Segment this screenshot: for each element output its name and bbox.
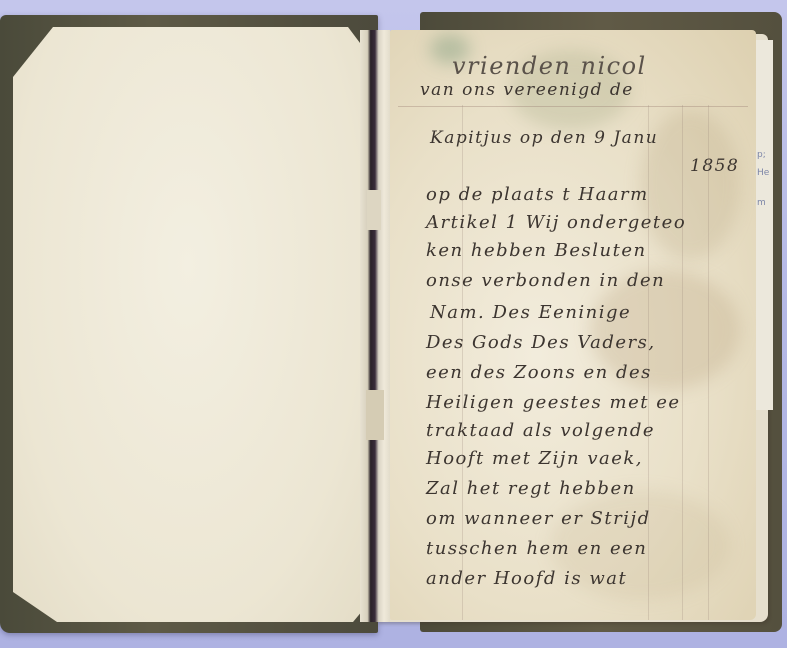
edge-text-fragment: He [757, 168, 769, 178]
left-page-blank [13, 27, 363, 622]
handwritten-line: Artikel 1 Wij ondergeteo [426, 212, 756, 233]
handwritten-line: ken hebben Besluten [426, 240, 756, 261]
binding-tab [367, 190, 381, 230]
edge-text-fragment: m [757, 198, 766, 208]
handwritten-line: Heiligen geestes met ee [426, 392, 756, 413]
handwritten-line: Nam. Des Eeninige [430, 302, 756, 323]
handwritten-line: vrienden nicol [452, 52, 756, 80]
binding-tab [366, 390, 384, 440]
handwritten-line: om wanneer er Strijd [426, 508, 756, 529]
handwritten-line: onse verbonden in den [426, 270, 756, 291]
handwritten-line: ander Hoofd is wat [426, 568, 756, 589]
handwritten-line: op de plaats t Haarm [426, 184, 756, 205]
handwritten-line: 1858 [690, 156, 756, 176]
handwritten-line: tusschen hem en een [426, 538, 756, 559]
handwritten-line: Zal het regt hebben [426, 478, 756, 499]
handwritten-line: Des Gods Des Vaders, [426, 332, 756, 353]
handwritten-line: een des Zoons en des [426, 362, 756, 383]
handwritten-line: van ons vereenigd de [420, 80, 756, 100]
handwritten-line: Hooft met Zijn vaek, [426, 448, 756, 469]
handwritten-line: Kapitjus op den 9 Janu [430, 128, 756, 148]
binding-spine [360, 30, 390, 622]
edge-text-fragment: p; [757, 150, 766, 160]
handwritten-page: vrienden nicol van ons vereenigd de Kapi… [390, 30, 756, 620]
handwritten-line: traktaad als volgende [426, 420, 756, 441]
